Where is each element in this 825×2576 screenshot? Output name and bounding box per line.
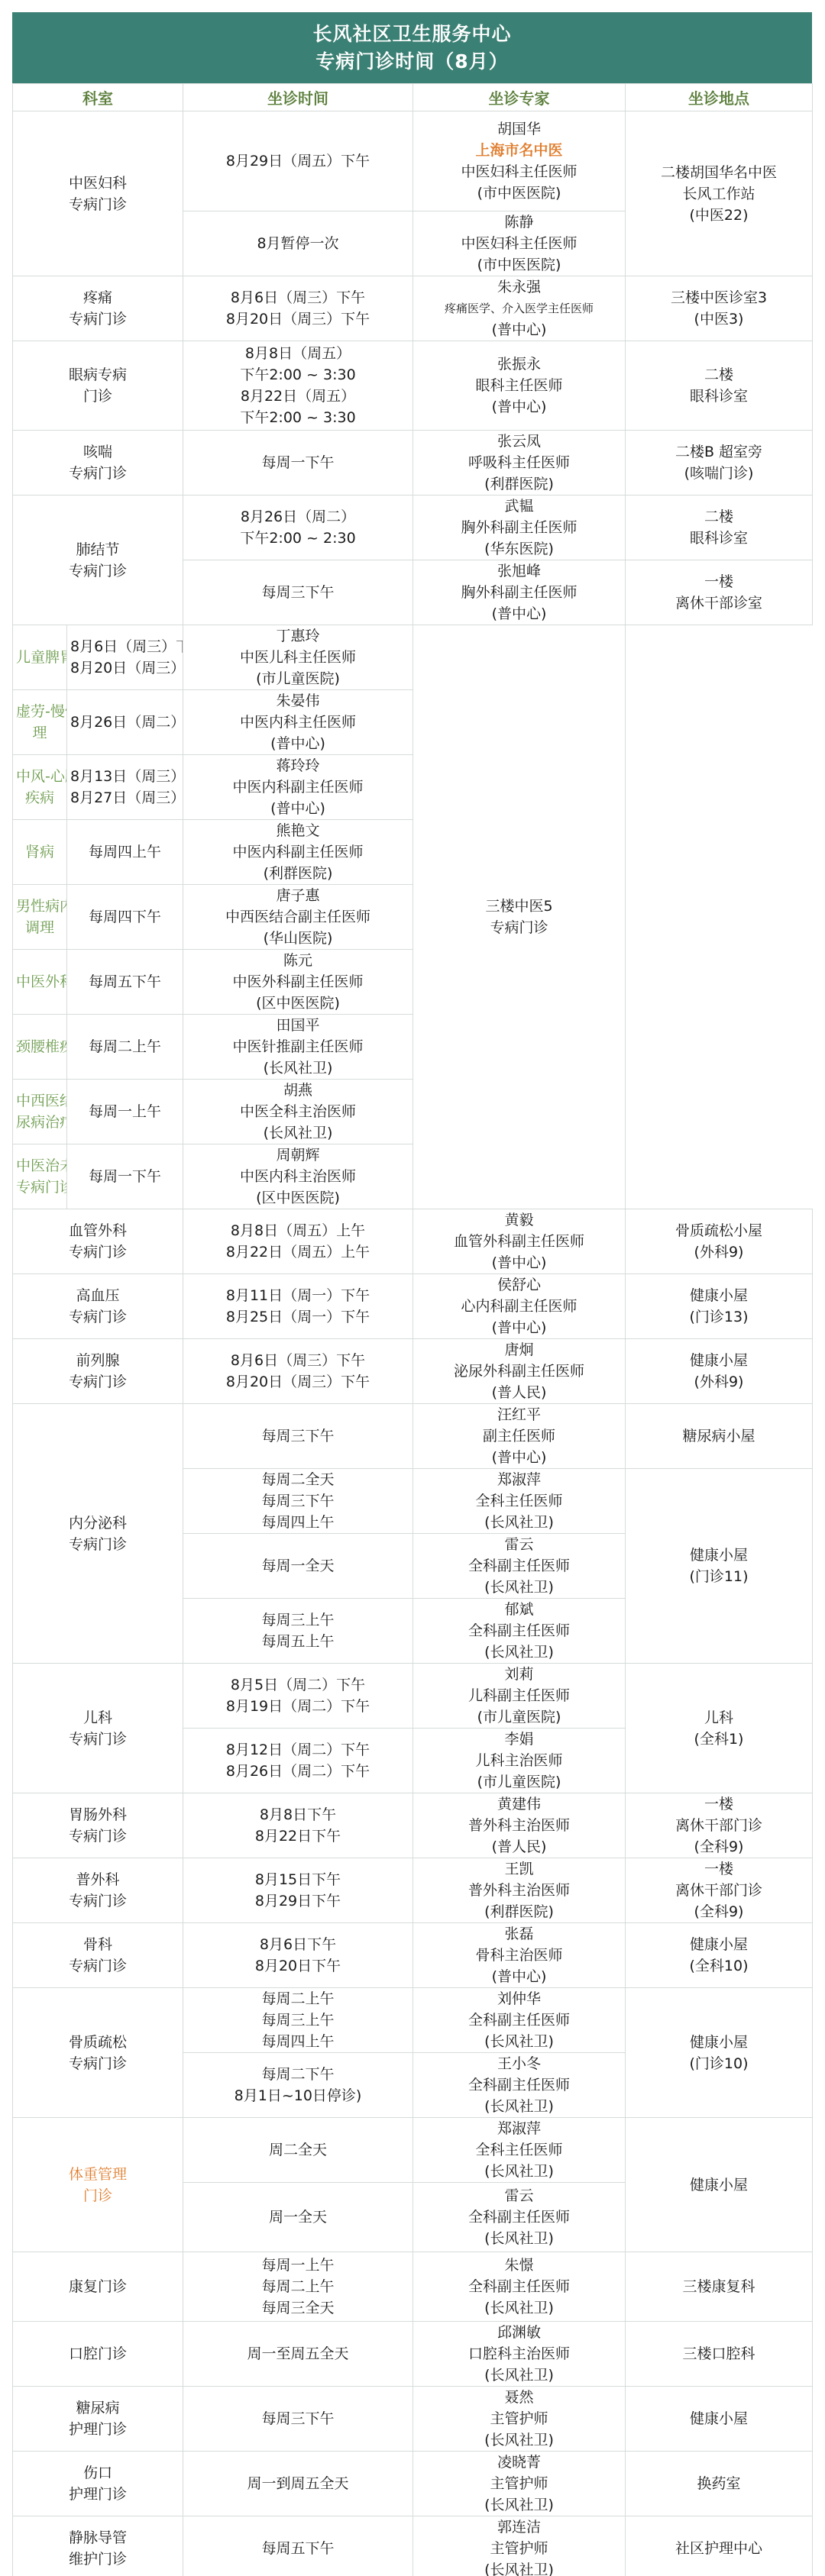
time-cell: 周二全天 bbox=[183, 2118, 413, 2183]
cell-line: 换药室 bbox=[629, 2473, 809, 2494]
cell-line: 伤口 bbox=[16, 2462, 180, 2484]
cell-line: 张磊 bbox=[416, 1923, 622, 1945]
table-row: 骨科专病门诊8月6日下午8月20日下午张磊骨科主治医师(普中心)健康小屋(全科1… bbox=[13, 1923, 813, 1988]
cell-line: 8月6日（周三）下午 bbox=[186, 287, 409, 308]
cell-line: 颈腰椎疾病 bbox=[16, 1036, 63, 1057]
cell-line: 丁惠玲 bbox=[186, 625, 409, 647]
time-cell: 每周一全天 bbox=[183, 1534, 413, 1599]
cell-line: 胃肠外科 bbox=[16, 1804, 180, 1825]
cell-line: 一楼 bbox=[629, 571, 809, 592]
cell-line: 蒋玲玲 bbox=[186, 755, 409, 776]
location-cell: 一楼离休干部诊室 bbox=[626, 560, 813, 625]
cell-line: 下午2:00 ~ 3:30 bbox=[186, 364, 409, 386]
time-cell: 每周五下午 bbox=[67, 950, 183, 1015]
time-cell: 每周二上午 bbox=[67, 1015, 183, 1080]
cell-line: 中医外科副主任医师 bbox=[186, 971, 409, 993]
time-cell: 8月8日下午8月22日下午 bbox=[183, 1793, 413, 1858]
location-cell: 社区护理中心 bbox=[626, 2516, 813, 2576]
cell-line: 三楼中医5 bbox=[416, 896, 622, 917]
cell-line: 全科副主任医师 bbox=[416, 2206, 622, 2228]
cell-line: 凌晓菁 bbox=[416, 2452, 622, 2473]
cell-line: 健康小屋 bbox=[629, 1545, 809, 1566]
cell-line: 每周一上午 bbox=[70, 1101, 180, 1122]
time-cell: 8月13日（周三）上午8月27日（周三）上午 bbox=[67, 755, 183, 820]
cell-line: 血管外科副主任医师 bbox=[416, 1231, 622, 1252]
schedule-body: 中医妇科专病门诊8月29日（周五）下午胡国华上海市名中医中医妇科主任医师(市中医… bbox=[13, 111, 813, 2576]
title-line-1: 长风社区卫生服务中心 bbox=[312, 21, 511, 48]
location-cell: 二楼B 超室旁(咳喘门诊) bbox=[626, 431, 813, 496]
cell-line: (长风社卫) bbox=[416, 2494, 622, 2516]
expert-cell: 武韫胸外科副主任医师(华东医院) bbox=[413, 496, 626, 560]
cell-line: 咳喘 bbox=[16, 441, 180, 463]
cell-line: 前列腺 bbox=[16, 1350, 180, 1371]
location-cell: 糖尿病小屋 bbox=[626, 1404, 813, 1469]
cell-line: 雷云 bbox=[416, 2185, 622, 2206]
cell-line: 中医全科主治医师 bbox=[186, 1101, 409, 1122]
cell-line: (市儿童医院) bbox=[416, 1706, 622, 1728]
cell-line: 一楼 bbox=[629, 1793, 809, 1815]
cell-line: 儿科副主任医师 bbox=[416, 1685, 622, 1706]
cell-line: 郭连洁 bbox=[416, 2516, 622, 2538]
cell-line: 主管护师 bbox=[416, 2473, 622, 2494]
table-row: 胃肠外科专病门诊8月8日下午8月22日下午黄建伟普外科主治医师(普人民)一楼离休… bbox=[13, 1793, 813, 1858]
cell-line: 疾病 bbox=[16, 787, 63, 809]
cell-line: 每周二上午 bbox=[186, 1988, 409, 2009]
expert-cell: 郑淑萍全科主任医师(长风社卫) bbox=[413, 2118, 626, 2183]
expert-cell: 郭连洁主管护师(长风社卫) bbox=[413, 2516, 626, 2576]
cell-line: 中医内科副主任医师 bbox=[186, 841, 409, 863]
location-cell: 健康小屋(门诊13) bbox=[626, 1274, 813, 1339]
location-cell: 换药室 bbox=[626, 2452, 813, 2516]
location-cell: 三楼口腔科 bbox=[626, 2322, 813, 2387]
sub-department-cell: 颈腰椎疾病 bbox=[13, 1015, 67, 1080]
time-cell: 8月6日下午8月20日下午 bbox=[183, 1923, 413, 1988]
cell-line: 8月20日（周三）下午 bbox=[186, 1371, 409, 1393]
cell-line: 专病门诊 bbox=[16, 1955, 180, 1977]
cell-line: 离休干部门诊 bbox=[629, 1880, 809, 1901]
cell-line: 8月6日下午 bbox=[186, 1934, 409, 1955]
cell-line: 全科副主任医师 bbox=[416, 2009, 622, 2031]
cell-line: 8月29日（周五）下午 bbox=[186, 150, 409, 172]
cell-line: 骨科主治医师 bbox=[416, 1945, 622, 1966]
cell-line: 中医治未病 bbox=[16, 1155, 63, 1177]
cell-line: 专病门诊 bbox=[16, 560, 180, 582]
time-cell: 每周一上午每周二上午每周三全天 bbox=[183, 2252, 413, 2322]
cell-line: 8月6日（周三）下午 bbox=[70, 636, 180, 657]
cell-line: (长风社卫) bbox=[186, 1057, 409, 1079]
cell-line: 长风工作站 bbox=[629, 183, 809, 205]
cell-line: 张振永 bbox=[416, 353, 622, 375]
location-cell: 三楼中医5专病门诊 bbox=[413, 625, 626, 1209]
cell-line: 每周一全天 bbox=[186, 1555, 409, 1577]
sub-department-cell: 肾病 bbox=[13, 820, 67, 885]
table-row: 康复门诊每周一上午每周二上午每周三全天朱憬全科副主任医师(长风社卫)三楼康复科 bbox=[13, 2252, 813, 2322]
table-row: 体重管理门诊周二全天郑淑萍全科主任医师(长风社卫)健康小屋 bbox=[13, 2118, 813, 2183]
time-cell: 8月11日（周一）下午8月25日（周一）下午 bbox=[183, 1274, 413, 1339]
cell-line: (长风社卫) bbox=[416, 2559, 622, 2576]
location-cell: 健康小屋 bbox=[626, 2118, 813, 2252]
cell-line: 每周四上午 bbox=[186, 2031, 409, 2052]
location-cell: 三楼中医诊室3(中医3) bbox=[626, 276, 813, 341]
department-cell: 骨科专病门诊 bbox=[13, 1923, 183, 1988]
cell-line: 眼科主任医师 bbox=[416, 375, 622, 396]
cell-line: 三楼康复科 bbox=[629, 2276, 809, 2297]
location-cell: 健康小屋(门诊11) bbox=[626, 1469, 813, 1664]
cell-line: 周一全天 bbox=[186, 2206, 409, 2228]
cell-line: 8月8日（周五）上午 bbox=[186, 1220, 409, 1241]
cell-line: 上海市名中医 bbox=[416, 140, 622, 161]
cell-line: 胸外科副主任医师 bbox=[416, 582, 622, 603]
cell-line: (普中心) bbox=[416, 1966, 622, 1987]
cell-line: 8月8日（周五） bbox=[186, 343, 409, 364]
cell-line: 每周四上午 bbox=[186, 1512, 409, 1533]
cell-line: 高血压 bbox=[16, 1285, 180, 1306]
cell-line: (市儿童医院) bbox=[416, 1771, 622, 1793]
table-row: 咳喘专病门诊每周一下午张云凤呼吸科主任医师(利群医院)二楼B 超室旁(咳喘门诊) bbox=[13, 431, 813, 496]
cell-line: 中医妇科 bbox=[16, 173, 180, 194]
expert-cell: 凌晓菁主管护师(长风社卫) bbox=[413, 2452, 626, 2516]
cell-line: 朱憬 bbox=[416, 2255, 622, 2276]
cell-line: (长风社卫) bbox=[416, 2096, 622, 2117]
cell-line: 中医儿科主任医师 bbox=[186, 647, 409, 668]
cell-line: (市中医医院) bbox=[416, 254, 622, 276]
cell-line: 中医内科主治医师 bbox=[186, 1166, 409, 1187]
department-cell: 体重管理门诊 bbox=[13, 2118, 183, 2252]
cell-line: 护理门诊 bbox=[16, 2419, 180, 2440]
cell-line: 每周二上午 bbox=[186, 2276, 409, 2297]
cell-line: 8月19日（周二）下午 bbox=[186, 1696, 409, 1717]
table-row: 糖尿病护理门诊每周三下午聂然主管护师(长风社卫)健康小屋 bbox=[13, 2387, 813, 2452]
expert-cell: 熊艳文中医内科副主任医师(利群医院) bbox=[183, 820, 413, 885]
cell-line: 专病门诊 bbox=[16, 1306, 180, 1328]
cell-line: 李娟 bbox=[416, 1729, 622, 1750]
time-cell: 8月15日下午8月29日下午 bbox=[183, 1858, 413, 1923]
sub-department-cell: 虚劳-慢性病调理 bbox=[13, 690, 67, 755]
cell-line: 主管护师 bbox=[416, 2408, 622, 2429]
expert-cell: 朱永强疼痛医学、介入医学主任医师(普中心) bbox=[413, 276, 626, 341]
cell-line: 肾病 bbox=[16, 841, 63, 863]
time-cell: 每周二上午每周三上午每周四上午 bbox=[183, 1988, 413, 2053]
cell-line: 尿病治疗 bbox=[16, 1112, 63, 1133]
expert-cell: 王凯普外科主治医师(利群医院) bbox=[413, 1858, 626, 1923]
time-cell: 每周四下午 bbox=[67, 885, 183, 950]
cell-line: 糖尿病小屋 bbox=[629, 1425, 809, 1447]
cell-line: 8月15日下午 bbox=[186, 1869, 409, 1890]
time-cell: 8月8日（周五）下午2:00 ~ 3:308月22日（周五）下午2:00 ~ 3… bbox=[183, 341, 413, 431]
header-time: 坐诊时间 bbox=[183, 84, 413, 111]
table-row: 中医妇科专病门诊8月29日（周五）下午胡国华上海市名中医中医妇科主任医师(市中医… bbox=[13, 111, 813, 211]
time-cell: 每周三下午 bbox=[183, 1404, 413, 1469]
cell-line: 黄毅 bbox=[416, 1209, 622, 1231]
cell-line: 陈元 bbox=[186, 950, 409, 971]
cell-line: (华东医院) bbox=[416, 538, 622, 560]
cell-line: 每周三下午 bbox=[186, 1425, 409, 1447]
cell-line: 每周三上午 bbox=[186, 2009, 409, 2031]
table-row: 疼痛专病门诊8月6日（周三）下午8月20日（周三）下午朱永强疼痛医学、介入医学主… bbox=[13, 276, 813, 341]
cell-line: 下午2:00 ~ 3:30 bbox=[186, 407, 409, 428]
cell-line: (区中医医院) bbox=[186, 1187, 409, 1209]
cell-line: 专病门诊 bbox=[16, 1371, 180, 1393]
expert-cell: 蒋玲玲中医内科副主任医师(普中心) bbox=[183, 755, 413, 820]
cell-line: 刘莉 bbox=[416, 1664, 622, 1685]
expert-cell: 刘仲华全科副主任医师(长风社卫) bbox=[413, 1988, 626, 2053]
cell-line: 聂然 bbox=[416, 2387, 622, 2408]
cell-line: 中风-心脑血管 bbox=[16, 766, 63, 787]
cell-line: 健康小屋 bbox=[629, 2174, 809, 2196]
time-cell: 8月暂停一次 bbox=[183, 211, 413, 276]
cell-line: 儿童脾胃病 bbox=[16, 647, 63, 668]
location-cell: 一楼离休干部门诊(全科9) bbox=[626, 1793, 813, 1858]
cell-line: 全科主任医师 bbox=[416, 2139, 622, 2161]
cell-line: 8月11日（周一）下午 bbox=[186, 1285, 409, 1306]
cell-line: (市中医医院) bbox=[416, 182, 622, 204]
department-cell: 骨质疏松专病门诊 bbox=[13, 1988, 183, 2118]
cell-line: 胡国华 bbox=[416, 118, 622, 140]
cell-line: (华山医院) bbox=[186, 928, 409, 949]
cell-line: 唐子惠 bbox=[186, 885, 409, 906]
cell-line: 中西医结合副主任医师 bbox=[186, 906, 409, 928]
header-location: 坐诊地点 bbox=[626, 84, 813, 111]
cell-line: 8月13日（周三）上午 bbox=[70, 766, 180, 787]
table-row: 骨质疏松专病门诊每周二上午每周三上午每周四上午刘仲华全科副主任医师(长风社卫)健… bbox=[13, 1988, 813, 2053]
expert-cell: 唐子惠中西医结合副主任医师(华山医院) bbox=[183, 885, 413, 950]
cell-line: 陈静 bbox=[416, 211, 622, 233]
department-cell: 眼病专病门诊 bbox=[13, 341, 183, 431]
table-row: 中西医结合糖尿病治疗每周一上午胡燕中医全科主治医师(长风社卫) bbox=[13, 1080, 813, 1144]
cell-line: 骨科 bbox=[16, 1934, 180, 1955]
table-row: 颈腰椎疾病每周二上午田国平中医针推副主任医师(长风社卫) bbox=[13, 1015, 813, 1080]
department-cell: 血管外科专病门诊 bbox=[13, 1209, 183, 1274]
cell-line: (全科9) bbox=[629, 1901, 809, 1922]
cell-line: 专病门诊 bbox=[416, 917, 622, 938]
cell-line: 骨质疏松 bbox=[16, 2032, 180, 2053]
time-cell: 8月26日（周二）下午2:00 ~ 2:30 bbox=[183, 496, 413, 560]
cell-line: 糖尿病 bbox=[16, 2397, 180, 2419]
cell-line: 胡燕 bbox=[186, 1080, 409, 1101]
cell-line: 专病门诊 bbox=[16, 1825, 180, 1847]
table-row: 内分泌科专病门诊每周三下午汪红平副主任医师(普中心)糖尿病小屋 bbox=[13, 1404, 813, 1469]
cell-line: (普中心) bbox=[416, 1317, 622, 1338]
cell-line: 每周一下午 bbox=[186, 452, 409, 473]
table-row: 虚劳-慢性病调理8月26日（周二）下午朱晏伟中医内科主任医师(普中心) bbox=[13, 690, 813, 755]
cell-line: (利群医院) bbox=[186, 863, 409, 884]
cell-line: 维护门诊 bbox=[16, 2549, 180, 2570]
cell-line: 康复门诊 bbox=[16, 2276, 180, 2297]
cell-line: 每周四上午 bbox=[70, 841, 180, 863]
cell-line: (普中心) bbox=[416, 319, 622, 341]
time-cell: 每周三下午 bbox=[183, 2387, 413, 2452]
cell-line: 汪红平 bbox=[416, 1404, 622, 1425]
cell-line: 8月5日（周二）下午 bbox=[186, 1674, 409, 1696]
title-line-2: 专病门诊时间（8月） bbox=[315, 48, 508, 76]
expert-cell: 张振永眼科主任医师(普中心) bbox=[413, 341, 626, 431]
location-cell: 健康小屋(门诊10) bbox=[626, 1988, 813, 2118]
cell-line: 郁斌 bbox=[416, 1599, 622, 1620]
cell-line: 社区护理中心 bbox=[629, 2538, 809, 2559]
cell-line: 专病门诊 bbox=[16, 1534, 180, 1555]
department-cell: 疼痛专病门诊 bbox=[13, 276, 183, 341]
cell-line: 唐炯 bbox=[416, 1339, 622, 1361]
cell-line: 内分泌科 bbox=[16, 1512, 180, 1534]
table-row: 中医外科每周五下午陈元中医外科副主任医师(区中医医院) bbox=[13, 950, 813, 1015]
expert-cell: 张旭峰胸外科副主任医师(普中心) bbox=[413, 560, 626, 625]
cell-line: (门诊11) bbox=[629, 1566, 809, 1587]
cell-line: 理 bbox=[16, 722, 63, 744]
cell-line: (门诊13) bbox=[629, 1306, 809, 1328]
cell-line: 泌尿外科副主任医师 bbox=[416, 1361, 622, 1382]
cell-line: 刘仲华 bbox=[416, 1988, 622, 2009]
cell-line: 二楼 bbox=[629, 364, 809, 386]
table-row: 高血压专病门诊8月11日（周一）下午8月25日（周一）下午侯舒心心内科副主任医师… bbox=[13, 1274, 813, 1339]
cell-line: (长风社卫) bbox=[416, 1512, 622, 1533]
time-cell: 8月5日（周二）下午8月19日（周二）下午 bbox=[183, 1664, 413, 1729]
cell-line: (普人民) bbox=[416, 1836, 622, 1858]
expert-cell: 李娟儿科主治医师(市儿童医院) bbox=[413, 1729, 626, 1793]
cell-line: 专病门诊 bbox=[16, 2053, 180, 2074]
expert-cell: 郑淑萍全科主任医师(长风社卫) bbox=[413, 1469, 626, 1534]
cell-line: 全科主任医师 bbox=[416, 1490, 622, 1512]
cell-line: 8月25日（周一）下午 bbox=[186, 1306, 409, 1328]
cell-line: 每周一下午 bbox=[70, 1166, 180, 1187]
sub-department-cell: 中医治未病专病门诊 bbox=[13, 1144, 67, 1209]
time-cell: 每周三下午 bbox=[183, 560, 413, 625]
cell-line: 护理门诊 bbox=[16, 2484, 180, 2505]
cell-line: 口腔门诊 bbox=[16, 2343, 180, 2365]
department-cell: 咳喘专病门诊 bbox=[13, 431, 183, 496]
cell-line: 每周五下午 bbox=[186, 2538, 409, 2559]
cell-line: 口腔科主治医师 bbox=[416, 2343, 622, 2365]
cell-line: 周朝辉 bbox=[186, 1144, 409, 1166]
cell-line: (普人民) bbox=[416, 1382, 622, 1403]
cell-line: (长风社卫) bbox=[416, 1577, 622, 1598]
expert-cell: 田国平中医针推副主任医师(长风社卫) bbox=[183, 1015, 413, 1080]
table-row: 儿童脾胃病8月6日（周三）下午8月20日（周三）下午丁惠玲中医儿科主任医师(市儿… bbox=[13, 625, 813, 690]
department-cell: 康复门诊 bbox=[13, 2252, 183, 2322]
cell-line: 普外科 bbox=[16, 1869, 180, 1890]
time-cell: 8月29日（周五）下午 bbox=[183, 111, 413, 211]
location-cell: 骨质疏松小屋(外科9) bbox=[626, 1209, 813, 1274]
department-cell: 中医妇科专病门诊 bbox=[13, 111, 183, 276]
cell-line: 中医针推副主任医师 bbox=[186, 1036, 409, 1057]
header-row: 科室 坐诊时间 坐诊专家 坐诊地点 bbox=[13, 84, 813, 111]
cell-line: 8月22日下午 bbox=[186, 1825, 409, 1847]
location-cell: 健康小屋(全科10) bbox=[626, 1923, 813, 1988]
department-cell: 静脉导管维护门诊 bbox=[13, 2516, 183, 2576]
cell-line: 每周三全天 bbox=[186, 2297, 409, 2319]
expert-cell: 张云凤呼吸科主任医师(利群医院) bbox=[413, 431, 626, 496]
cell-line: 专病门诊 bbox=[16, 194, 180, 215]
cell-line: (普中心) bbox=[416, 1447, 622, 1468]
cell-line: (中医3) bbox=[629, 308, 809, 330]
cell-line: 8月1日~10日停诊) bbox=[186, 2085, 409, 2106]
cell-line: 每周三上午 bbox=[186, 1609, 409, 1631]
cell-line: (长风社卫) bbox=[416, 2228, 622, 2249]
sub-department-cell: 男性病内分泌调理 bbox=[13, 885, 67, 950]
department-cell: 前列腺专病门诊 bbox=[13, 1339, 183, 1404]
location-cell: 健康小屋 bbox=[626, 2387, 813, 2452]
cell-line: (长风社卫) bbox=[416, 2429, 622, 2451]
cell-line: (普中心) bbox=[416, 396, 622, 418]
cell-line: 中医妇科主任医师 bbox=[416, 233, 622, 254]
expert-cell: 唐炯泌尿外科副主任医师(普人民) bbox=[413, 1339, 626, 1404]
expert-cell: 周朝辉中医内科主治医师(区中医医院) bbox=[183, 1144, 413, 1209]
schedule-table: 科室 坐诊时间 坐诊专家 坐诊地点 中医妇科专病门诊8月29日（周五）下午胡国华… bbox=[12, 83, 813, 2576]
time-cell: 每周四上午 bbox=[67, 820, 183, 885]
cell-line: 主管护师 bbox=[416, 2538, 622, 2559]
cell-line: 健康小屋 bbox=[629, 2032, 809, 2053]
cell-line: 每周五上午 bbox=[186, 1631, 409, 1652]
cell-line: 二楼B 超室旁 bbox=[629, 441, 809, 463]
time-cell: 每周一下午 bbox=[67, 1144, 183, 1209]
cell-line: (利群医院) bbox=[416, 1901, 622, 1922]
cell-line: 8月26日（周二）下午 bbox=[186, 1761, 409, 1782]
cell-line: (长风社卫) bbox=[186, 1122, 409, 1144]
cell-line: 中医妇科主任医师 bbox=[416, 161, 622, 182]
department-cell: 胃肠外科专病门诊 bbox=[13, 1793, 183, 1858]
cell-line: (外科9) bbox=[629, 1371, 809, 1393]
cell-line: 每周一上午 bbox=[186, 2255, 409, 2276]
cell-line: (长风社卫) bbox=[416, 1641, 622, 1663]
cell-line: 调理 bbox=[16, 917, 63, 938]
cell-line: 王小冬 bbox=[416, 2053, 622, 2074]
table-row: 肾病每周四上午熊艳文中医内科副主任医师(利群医院) bbox=[13, 820, 813, 885]
expert-cell: 侯舒心心内科副主任医师(普中心) bbox=[413, 1274, 626, 1339]
cell-line: (门诊10) bbox=[629, 2053, 809, 2074]
table-row: 眼病专病门诊8月8日（周五）下午2:00 ~ 3:308月22日（周五）下午2:… bbox=[13, 341, 813, 431]
expert-cell: 胡燕中医全科主治医师(长风社卫) bbox=[183, 1080, 413, 1144]
cell-line: 郑淑萍 bbox=[416, 1469, 622, 1490]
cell-line: 中西医结合糖 bbox=[16, 1090, 63, 1112]
cell-line: (普中心) bbox=[186, 733, 409, 754]
cell-line: 全科副主任医师 bbox=[416, 1555, 622, 1577]
cell-line: 每周二全天 bbox=[186, 1469, 409, 1490]
cell-line: 骨质疏松小屋 bbox=[629, 1220, 809, 1241]
cell-line: 8月暂停一次 bbox=[186, 233, 409, 254]
cell-line: 离休干部诊室 bbox=[629, 592, 809, 614]
department-cell: 内分泌科专病门诊 bbox=[13, 1404, 183, 1664]
cell-line: (全科9) bbox=[629, 1836, 809, 1858]
cell-line: 眼科诊室 bbox=[629, 528, 809, 549]
cell-line: 每周五下午 bbox=[70, 971, 180, 993]
department-cell: 普外科专病门诊 bbox=[13, 1858, 183, 1923]
cell-line: 每周二上午 bbox=[70, 1036, 180, 1057]
cell-line: 王凯 bbox=[416, 1858, 622, 1880]
cell-line: 全科副主任医师 bbox=[416, 2074, 622, 2096]
cell-line: (普中心) bbox=[416, 603, 622, 625]
cell-line: 中医内科副主任医师 bbox=[186, 776, 409, 798]
cell-line: 儿科 bbox=[629, 1707, 809, 1729]
expert-cell: 雷云全科副主任医师(长风社卫) bbox=[413, 1534, 626, 1599]
cell-line: 8月20日下午 bbox=[186, 1955, 409, 1977]
department-cell: 伤口护理门诊 bbox=[13, 2452, 183, 2516]
location-cell: 健康小屋(外科9) bbox=[626, 1339, 813, 1404]
cell-line: (全科10) bbox=[629, 1955, 809, 1977]
expert-cell: 聂然主管护师(长风社卫) bbox=[413, 2387, 626, 2452]
expert-cell: 朱憬全科副主任医师(长风社卫) bbox=[413, 2252, 626, 2322]
time-cell: 8月12日（周二）下午8月26日（周二）下午 bbox=[183, 1729, 413, 1793]
cell-line: (长风社卫) bbox=[416, 2161, 622, 2182]
table-row: 口腔门诊周一至周五全天邱渊敏口腔科主治医师(长风社卫)三楼口腔科 bbox=[13, 2322, 813, 2387]
cell-line: 眼病专病 bbox=[16, 364, 180, 386]
expert-cell: 朱晏伟中医内科主任医师(普中心) bbox=[183, 690, 413, 755]
department-cell: 高血压专病门诊 bbox=[13, 1274, 183, 1339]
cell-line: 门诊 bbox=[16, 2185, 180, 2206]
cell-line: 专病门诊 bbox=[16, 1241, 180, 1263]
time-cell: 每周一下午 bbox=[183, 431, 413, 496]
time-cell: 8月8日（周五）上午8月22日（周五）上午 bbox=[183, 1209, 413, 1274]
cell-line: 门诊 bbox=[16, 386, 180, 407]
expert-cell: 陈静中医妇科主任医师(市中医医院) bbox=[413, 211, 626, 276]
